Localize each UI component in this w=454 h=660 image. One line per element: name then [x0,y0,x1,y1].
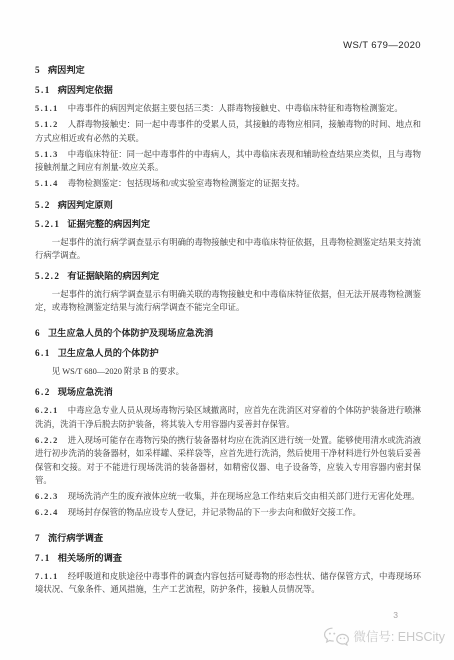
chapter-heading: 6卫生应急人员的个体防护及现场应急洗消 [35,327,421,339]
body-text: 一起事件的流行病学调查显示有明确的毒物接触史和中毒临床特征依据，且毒物检测鉴定结… [35,238,421,261]
clause-number: 5 [35,65,41,75]
body-text: 人群毒物接触史：同一起中毒事件的受累人员，其接触的毒物应相同，接触毒物的时间、地… [35,120,421,143]
clause-number: 6.2.4 [35,508,59,517]
clause-number: 5.2 [35,200,51,210]
wechat-watermark: 微信号: EHSCity [323,626,445,648]
heading-text: 卫生应急人员的个体防护及现场应急洗消 [48,328,213,338]
body-text: 现场封存保管的物品应设专人登记，并记录物品的下一步去向和做好交接工作。 [68,508,361,517]
body-paragraph: 一起事件的流行病学调查显示有明确关联的毒物接触史和中毒临床特征依据，但无法开展毒… [35,288,421,315]
body-text: 毒物检测鉴定：包括现场和/或实验室毒物检测鉴定的证据支持。 [68,179,305,188]
clause-paragraph: 5.1.1中毒事件的病因判定依据主要包括三类：人群毒物接触史、中毒临床特征和毒物… [35,102,421,116]
clause-paragraph: 6.2.2进入现场可能存在毒物污染的携行装备器材均应在洗消区进行统一处置。能够使… [35,434,421,488]
body-text: 中毒应急专业人员从现场毒物污染区域撤离时，应首先在洗消区对穿着的个体防护装备进行… [35,406,421,429]
document-blocks: 5病因判定5.1病因判定依据5.1.1中毒事件的病因判定依据主要包括三类：人群毒… [35,64,421,597]
heading-text: 卫生应急人员的个体防护 [58,348,159,358]
clause-paragraph: 6.2.3现场洗消产生的废弃液体应统一收集，并在现场应急工作结束后交由相关部门进… [35,490,421,504]
body-text: 中毒临床特征：同一起中毒事件的中毒病人，其中毒临床表现和辅助检查结果应类似，且与… [35,150,421,173]
body-paragraph: 见 WS/T 680—2020 附录 B 的要求。 [35,365,421,379]
clause-paragraph: 6.2.4现场封存保管的物品应设专人登记，并记录物品的下一步去向和做好交接工作。 [35,506,421,520]
clause-paragraph: 6.2.1中毒应急专业人员从现场毒物污染区域撤离时，应首先在洗消区对穿着的个体防… [35,404,421,431]
heading-text: 病因判定原则 [58,200,113,210]
clause-number: 6.1 [35,348,51,358]
heading-text: 病因判定 [48,65,85,75]
subsection-heading: 5.2.1证据完整的病因判定 [35,218,421,230]
clause-number: 6.2 [35,387,51,397]
chapter-heading: 7流行病学调查 [35,532,421,544]
clause-number: 6.2.2 [35,436,59,445]
clause-number: 6.2.1 [35,406,59,415]
clause-number: 6.2.3 [35,492,59,501]
clause-number: 5.1.1 [35,104,59,113]
page-number: 3 [393,610,398,620]
body-text: 经呼吸道和皮肤途径中毒事件的调查内容包括可疑毒物的形态性状、储存保管方式，中毒现… [35,572,421,595]
body-paragraph: 一起事件的流行病学调查显示有明确的毒物接触史和中毒临床特征依据，且毒物检测鉴定结… [35,236,421,263]
clause-number: 5.2.2 [35,271,60,281]
clause-paragraph: 5.1.3中毒临床特征：同一起中毒事件的中毒病人，其中毒临床表现和辅助检查结果应… [35,148,421,175]
clause-number: 5.1.4 [35,179,59,188]
clause-number: 7 [35,533,41,543]
document-page: WS/T 679—2020 5病因判定5.1病因判定依据5.1.1中毒事件的病因… [0,0,454,660]
clause-paragraph: 5.1.2人群毒物接触史：同一起中毒事件的受累人员，其接触的毒物应相同，接触毒物… [35,118,421,145]
clause-paragraph: 5.1.4毒物检测鉴定：包括现场和/或实验室毒物检测鉴定的证据支持。 [35,177,421,191]
heading-text: 流行病学调查 [48,533,103,543]
section-heading: 7.1相关场所的调查 [35,552,421,564]
section-heading: 6.2现场应急洗消 [35,386,421,398]
body-text: 进入现场可能存在毒物污染的携行装备器材均应在洗消区进行统一处置。能够使用清水或洗… [35,436,421,486]
body-text: 一起事件的流行病学调查显示有明确关联的毒物接触史和中毒临床特征依据，但无法开展毒… [35,290,421,313]
section-heading: 5.1病因判定依据 [35,84,421,96]
standard-code: WS/T 679—2020 [35,40,421,52]
subsection-heading: 5.2.2有证据缺陷的病因判定 [35,270,421,282]
body-text: 中毒事件的病因判定依据主要包括三类：人群毒物接触史、中毒临床特征和毒物检测鉴定。 [68,104,403,113]
clause-number: 5.2.1 [35,219,60,229]
heading-text: 病因判定依据 [58,85,113,95]
heading-text: 现场应急洗消 [58,387,113,397]
clause-number: 5.1.3 [35,150,59,159]
clause-number: 6 [35,328,41,338]
section-heading: 5.2病因判定原则 [35,199,421,211]
clause-number: 7.1.1 [35,572,59,581]
clause-number: 7.1 [35,553,51,563]
heading-text: 相关场所的调查 [58,553,122,563]
heading-text: 证据完整的病因判定 [67,219,150,229]
chapter-heading: 5病因判定 [35,64,421,76]
body-text: 现场洗消产生的废弃液体应统一收集，并在现场应急工作结束后交由相关部门进行无害化处… [68,492,420,501]
clause-number: 5.1 [35,85,51,95]
body-text: 见 WS/T 680—2020 附录 B 的要求。 [52,367,184,376]
wechat-icon [323,626,349,648]
heading-text: 有证据缺陷的病因判定 [67,271,159,281]
wechat-label: 微信号: EHSCity [353,626,445,648]
clause-number: 5.1.2 [35,120,59,129]
section-heading: 6.1卫生应急人员的个体防护 [35,347,421,359]
clause-paragraph: 7.1.1经呼吸道和皮肤途径中毒事件的调查内容包括可疑毒物的形态性状、储存保管方… [35,570,421,597]
document-body: WS/T 679—2020 5病因判定5.1病因判定依据5.1.1中毒事件的病因… [35,40,421,597]
